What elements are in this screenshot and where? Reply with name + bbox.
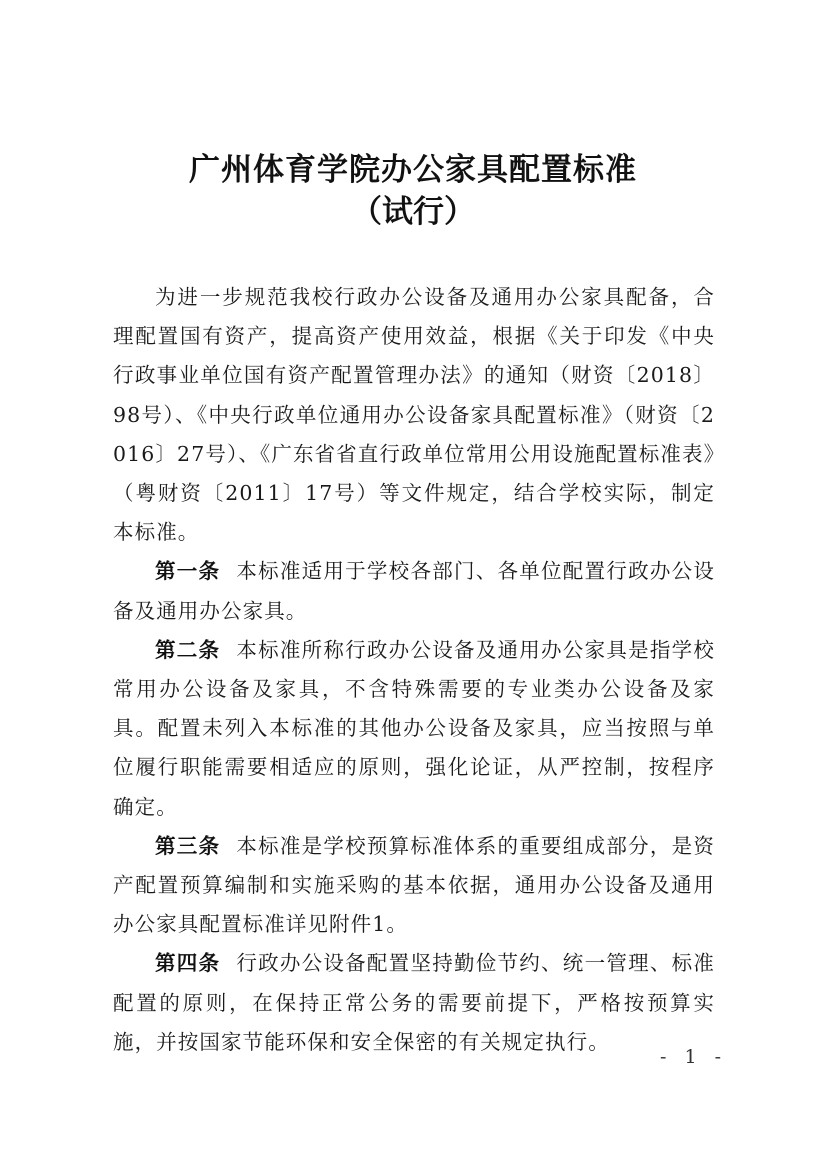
article-4-label: 第四条 (155, 951, 220, 975)
document-body: 为进一步规范我校行政办公设备及通用办公家具配备，合理配置国有资产，提高资产使用效… (113, 278, 715, 1062)
article-1: 第一条本标准适用于学校各部门、各单位配置行政办公设备及通用办公家具。 (113, 552, 715, 630)
article-3-label: 第三条 (155, 834, 220, 858)
preamble-paragraph: 为进一步规范我校行政办公设备及通用办公家具配备，合理配置国有资产，提高资产使用效… (113, 278, 715, 552)
article-1-label: 第一条 (155, 559, 220, 583)
article-4: 第四条行政办公设备配置坚持勤俭节约、统一管理、标准配置的原则，在保持正常公务的需… (113, 944, 715, 1062)
article-2-text: 本标准所称行政办公设备及通用办公家具是指学校常用办公设备及家具，不含特殊需要的专… (113, 638, 715, 819)
page-number: - 1 - (660, 1046, 727, 1068)
document-subtitle: （试行） (0, 192, 826, 232)
article-2: 第二条本标准所称行政办公设备及通用办公家具是指学校常用办公设备及家具，不含特殊需… (113, 631, 715, 827)
article-3: 第三条本标准是学校预算标准体系的重要组成部分，是资产配置预算编制和实施采购的基本… (113, 827, 715, 945)
document-page: 广州体育学院办公家具配置标准 （试行） 为进一步规范我校行政办公设备及通用办公家… (0, 0, 826, 1176)
article-2-label: 第二条 (155, 638, 220, 662)
document-title: 广州体育学院办公家具配置标准 (0, 150, 826, 190)
